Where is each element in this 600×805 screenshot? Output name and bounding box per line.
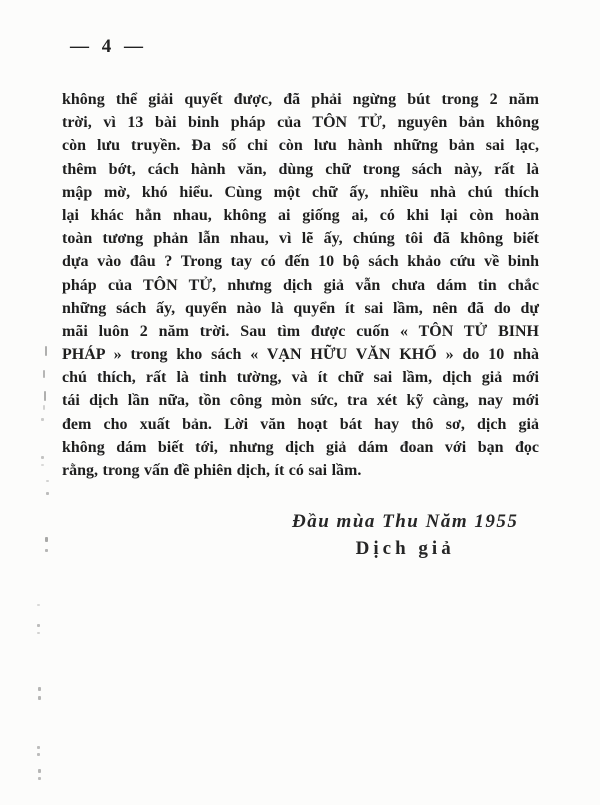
scan-speck <box>46 480 49 482</box>
signature-date: Đầu mùa Thu Năm 1955 <box>292 511 518 533</box>
signature-block: Đầu mùa Thu Năm 1955 Dịch giả <box>292 511 518 560</box>
book-page: — 4 — không thể giải quyết được, đã phải… <box>0 0 600 805</box>
scan-speck <box>41 456 44 459</box>
text-line: rằng, trong vấn đề phiên dịch, ít có sai… <box>62 459 539 482</box>
text-line: PHÁP » trong kho sách « VẠN HỮU VĂN KHỐ … <box>62 343 539 366</box>
scan-speck <box>41 464 44 466</box>
scan-speck <box>45 537 48 542</box>
scan-speck <box>37 624 40 627</box>
scan-speck <box>45 346 47 356</box>
scan-speck <box>38 777 41 780</box>
scan-speck <box>38 769 41 773</box>
text-line: không thể giải quyết được, đã phải ngừng… <box>62 88 539 111</box>
scan-speck <box>44 391 46 401</box>
text-line: đem cho xuất bản. Lời văn hoạt bát hay t… <box>62 413 539 436</box>
text-line: dựa vào đâu ? Trong tay có đến 10 bộ sác… <box>62 250 539 273</box>
scan-speck <box>37 746 40 749</box>
signature-signer: Dịch giả <box>292 538 518 560</box>
scan-speck <box>37 753 40 756</box>
scan-speck <box>46 492 49 495</box>
text-line: thêm bớt, cách hành văn, dùng chữ trong … <box>62 158 539 181</box>
paragraph-block: không thể giải quyết được, đã phải ngừng… <box>62 88 539 482</box>
text-line: tái dịch lần nữa, tồn công mòn sức, tra … <box>62 389 539 412</box>
text-line: không dám biết tới, nhưng dịch giả dám đ… <box>62 436 539 459</box>
scan-speck <box>41 418 44 421</box>
scan-speck <box>37 604 40 606</box>
text-line: những sách ấy, quyển nào là quyển ít sai… <box>62 297 539 320</box>
text-line: mãi luôn 2 năm trời. Sau tìm được cuốn «… <box>62 320 539 343</box>
text-line: lại khác hẳn nhau, không ai giống ai, có… <box>62 204 539 227</box>
scan-speck <box>43 370 45 378</box>
text-line: mập mờ, khó hiểu. Cùng một chữ ấy, nhiều… <box>62 181 539 204</box>
text-line: trời, vì 13 bài binh pháp của TÔN TỬ, ng… <box>62 111 539 134</box>
scan-speck <box>38 696 41 700</box>
page-number: — 4 — <box>70 36 147 58</box>
text-line: chú thích, rất là tinh tường, và ít chữ … <box>62 366 539 389</box>
text-line: pháp của TÔN TỬ, nhưng dịch giả vẫn chưa… <box>62 274 539 297</box>
text-line: còn lưu truyền. Đa số chỉ còn lưu hành n… <box>62 134 539 157</box>
scan-speck <box>45 549 48 552</box>
text-line: toàn tương phản lẫn nhau, vì lẽ ấy, chún… <box>62 227 539 250</box>
scan-speck <box>43 405 45 410</box>
scan-speck <box>38 687 41 691</box>
scan-speck <box>37 632 40 634</box>
